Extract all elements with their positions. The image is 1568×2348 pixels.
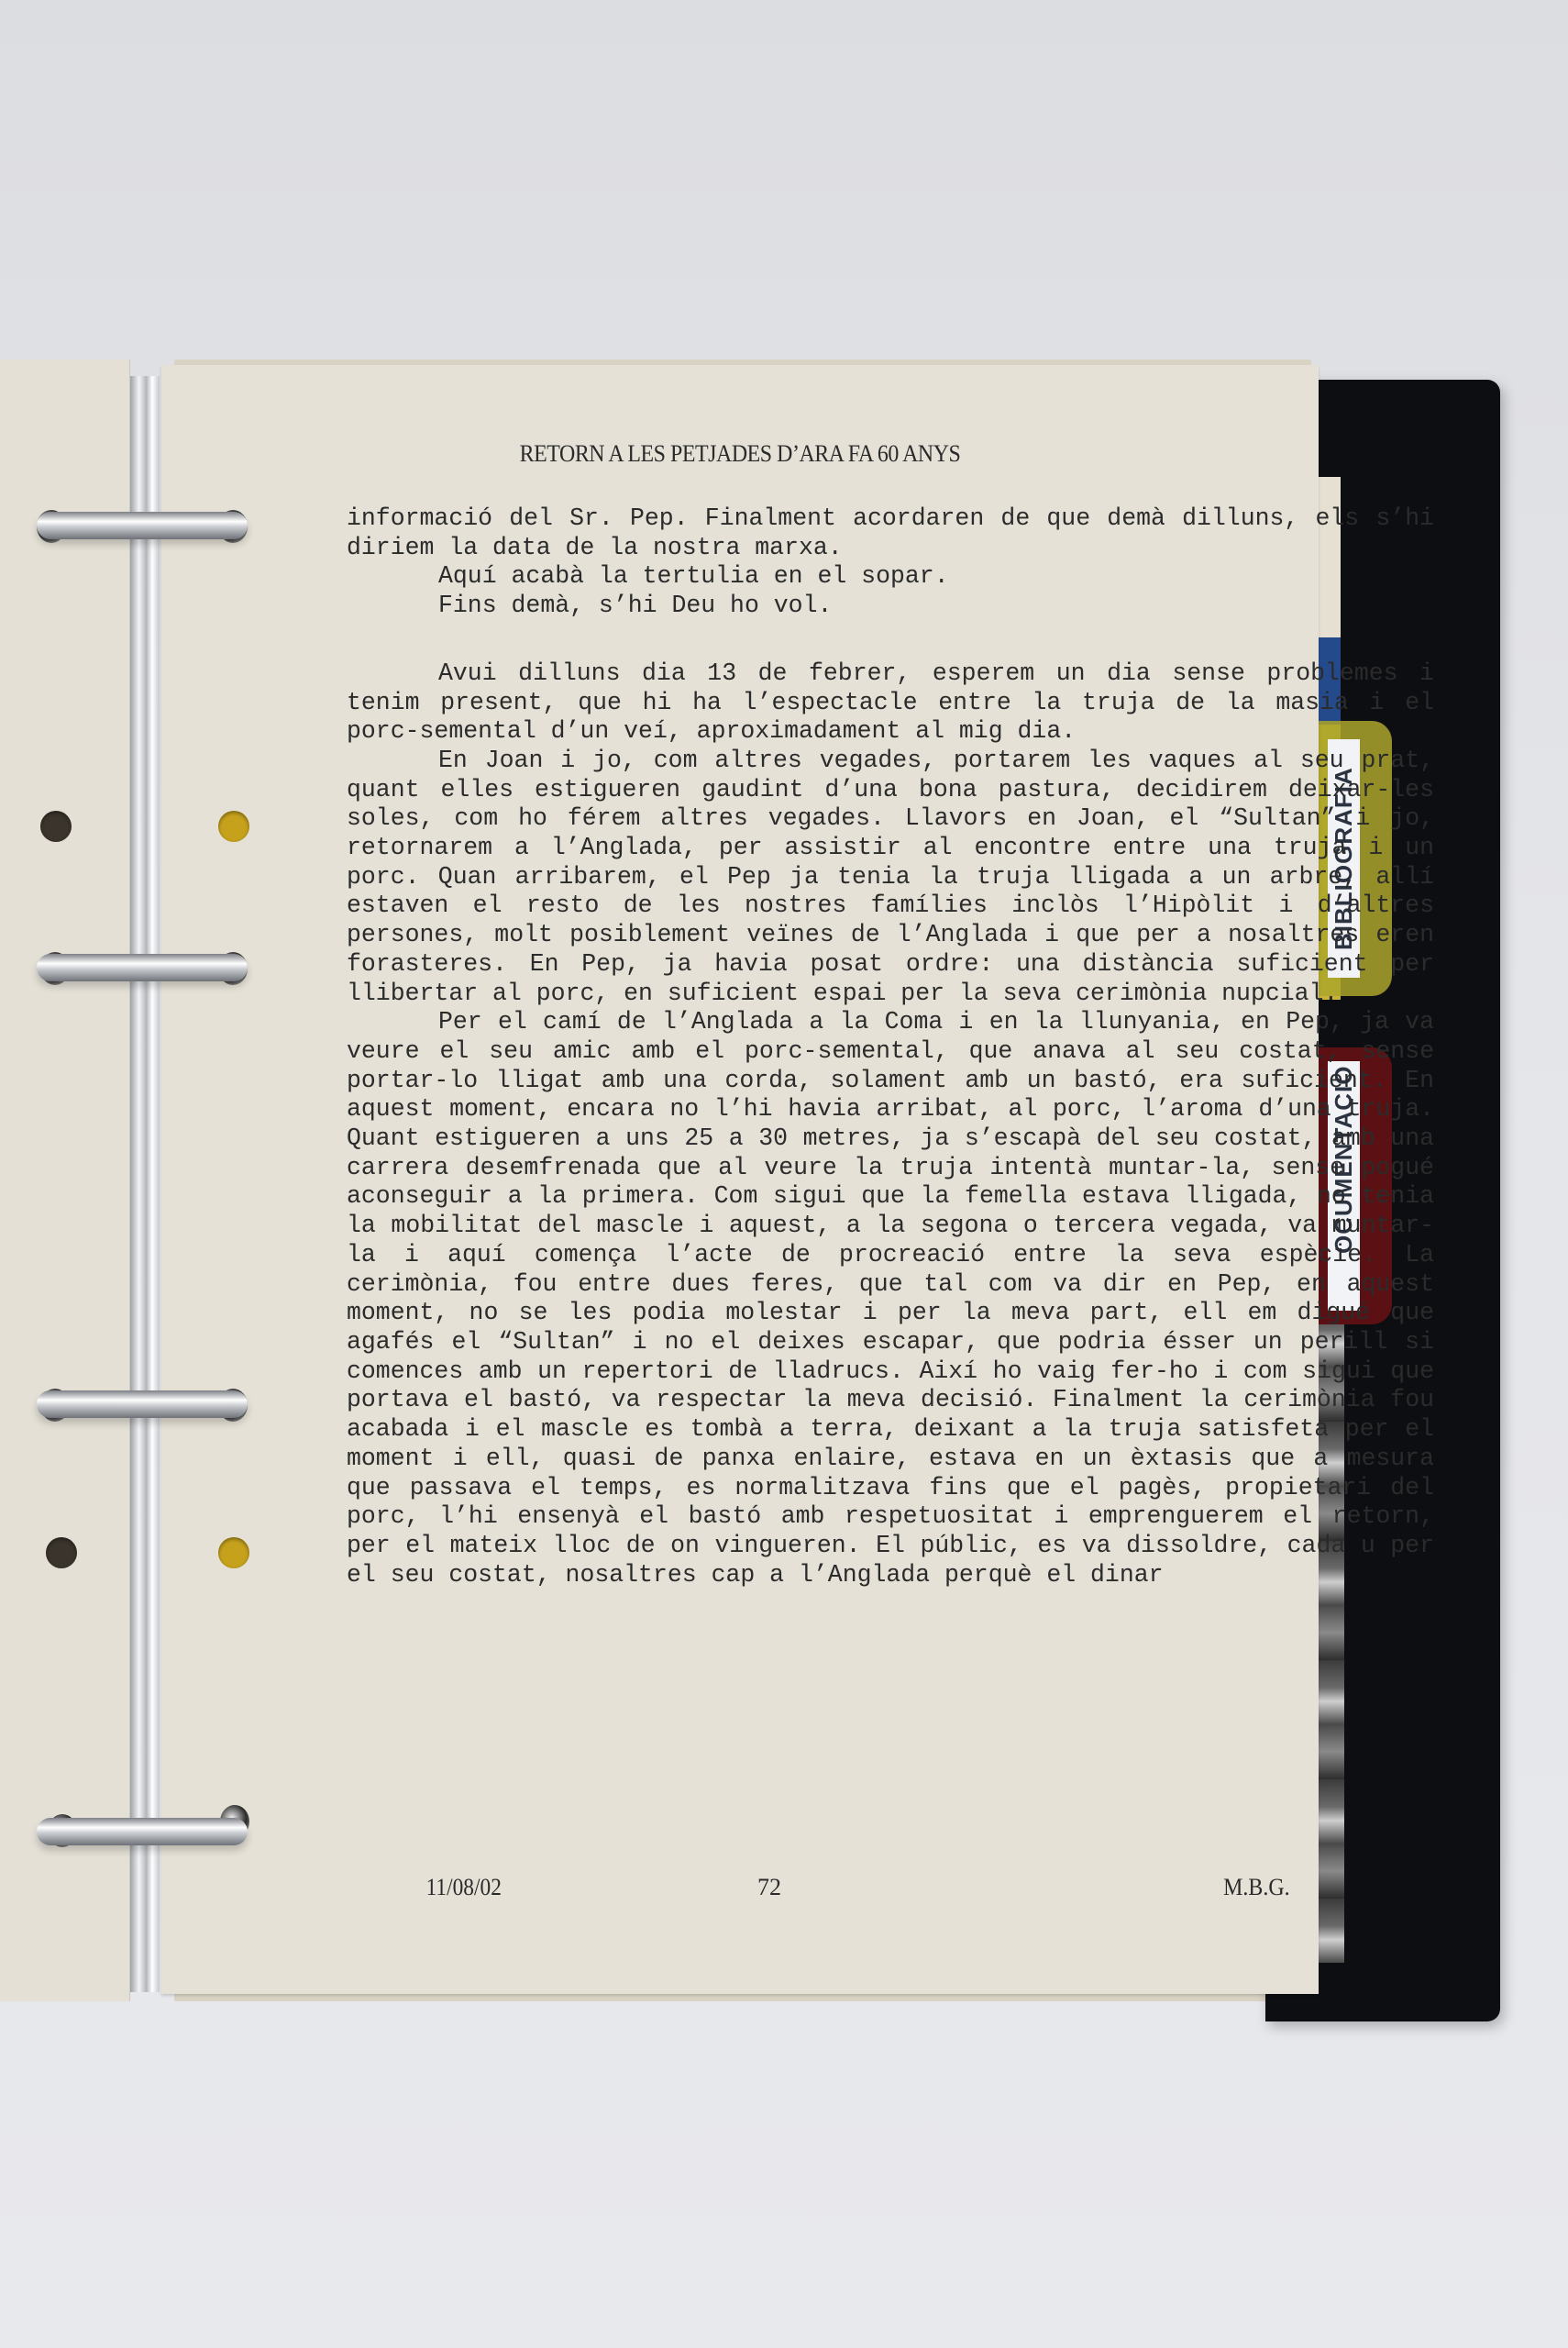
- binder-ring[interactable]: [37, 954, 248, 981]
- punch-hole: [40, 811, 72, 842]
- paragraph: En Joan i jo, com altres vegades, portar…: [347, 747, 1434, 1008]
- footer-author: M.B.G.: [1223, 1874, 1289, 1901]
- binder-ring[interactable]: [37, 1390, 248, 1418]
- left-page: [0, 360, 130, 2001]
- punch-hole: [46, 1537, 77, 1568]
- paragraph: Per el camí de l’Anglada a la Coma i en …: [347, 1008, 1434, 1589]
- document-page: RETORN A LES PETJADES D’ARA FA 60 ANYS i…: [161, 365, 1319, 1994]
- binder-ring[interactable]: [37, 1818, 248, 1845]
- paragraph: Fins demà, s’hi Deu ho vol.: [347, 592, 1434, 621]
- page-body: informació del Sr. Pep. Finalment acorda…: [347, 504, 1434, 1589]
- punch-hole: [218, 811, 249, 842]
- page-header: RETORN A LES PETJADES D’ARA FA 60 ANYS: [207, 440, 1272, 468]
- paragraph: Avui dilluns dia 13 de febrer, esperem u…: [347, 659, 1434, 747]
- page-number: 72: [757, 1874, 781, 1901]
- paragraph: informació del Sr. Pep. Finalment acorda…: [347, 504, 1434, 562]
- binder-ring[interactable]: [37, 512, 248, 539]
- footer-date: 11/08/02: [426, 1874, 502, 1901]
- punch-hole: [218, 1537, 249, 1568]
- page-footer: 11/08/02 72 M.B.G.: [161, 1874, 1319, 1911]
- binder-spine: [130, 376, 160, 1992]
- paragraph: Aquí acabà la tertulia en el sopar.: [347, 562, 1434, 592]
